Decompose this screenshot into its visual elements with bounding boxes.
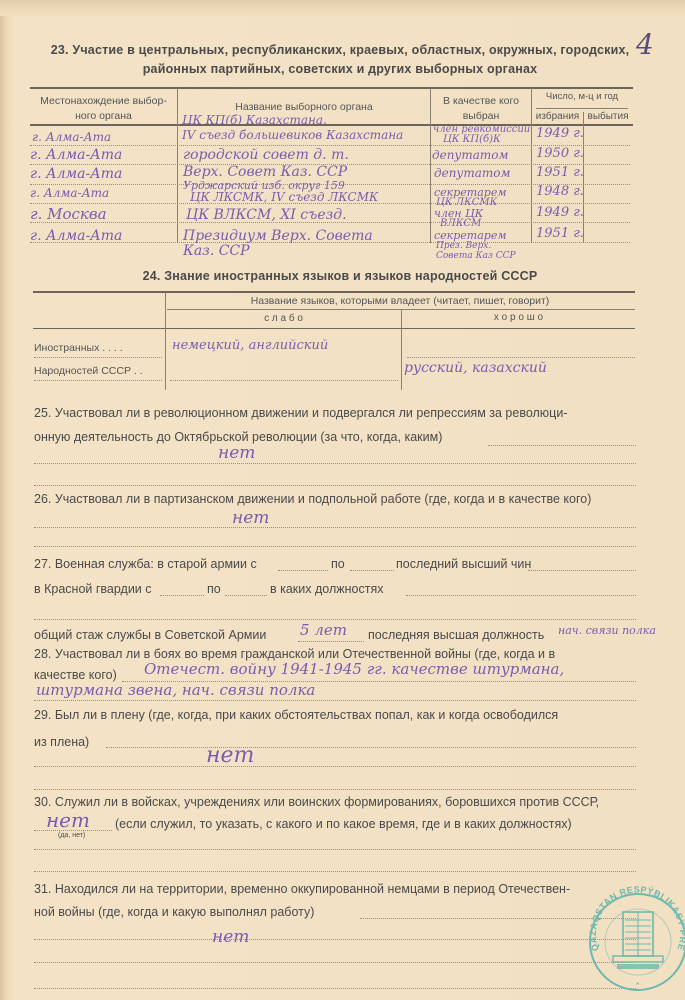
cell-role-line2: През. Верх. xyxy=(436,241,491,251)
cell-location: г. Алма-Ата xyxy=(30,186,109,200)
answer-line xyxy=(34,939,636,940)
last-position-value: нач. связи полка xyxy=(558,624,656,637)
q25-line2: онную деятельность до Октябрьской револю… xyxy=(34,430,442,444)
header-good: х о р о ш о xyxy=(402,310,635,325)
answer-line xyxy=(34,789,636,790)
answer-line xyxy=(34,700,636,701)
cell-elected: 1950 г. xyxy=(536,146,584,161)
fill-line xyxy=(278,570,328,571)
q27-line1-a: 27. Военная служба: в старой армии с xyxy=(34,557,257,571)
answer-line xyxy=(488,445,636,446)
cell-organ-name-line1: ЦК КП(б) Казахстана. xyxy=(182,113,327,127)
row-line xyxy=(34,357,162,358)
answer-line xyxy=(106,747,636,748)
header-weak: с л а б о xyxy=(166,311,401,326)
q28-answer-line1: Отечест. войну 1941-1945 гг. качестве шт… xyxy=(144,660,564,678)
answer-line xyxy=(34,849,636,850)
header-location: Местонахождение выбор- ного органа xyxy=(30,94,177,124)
cell-elected: 1951 г. xyxy=(536,165,584,180)
q27-line2-b: по xyxy=(207,582,221,596)
section-24-title: 24. Знание иностранных языков и языков н… xyxy=(20,269,660,283)
cell-role-line2: ЦК КП(б)К xyxy=(443,134,501,145)
answer-line xyxy=(34,527,636,528)
q27-line2-c: в каких должностях xyxy=(270,582,383,596)
header-role: В качестве кого выбран xyxy=(431,94,531,124)
header-role-line1: В качестве кого xyxy=(431,94,531,109)
cell-role-line1: депутатом xyxy=(434,166,510,180)
section-23-title-line1: 23. Участие в центральных, республиканск… xyxy=(20,43,660,57)
cell-organ-name-line1: ЦК ВЛКСМ, XI съезд. xyxy=(186,207,347,223)
q27-line2-a: в Красной гвардии с xyxy=(34,582,152,596)
cell-location: г. Алма-Ата xyxy=(30,147,122,163)
cell-location: г. Алма-Ата xyxy=(30,166,122,182)
svg-text:*: * xyxy=(636,981,639,990)
q26-line1: 26. Участвовал ли в партизанском движени… xyxy=(34,492,591,506)
q26-answer: нет xyxy=(232,508,269,528)
q29-answer: нет xyxy=(206,743,254,768)
svg-text:QAZAQSTAN RESPÝBLIKASY PREZIDE: QAZAQSTAN RESPÝBLIKASY PREZIDENTINIŃ ARH… xyxy=(585,880,685,952)
q30-line2: (если служил, то указать, с какого и по … xyxy=(115,817,572,831)
cell-location: г. Москва xyxy=(30,205,107,223)
cell-elected: 1949 г. xyxy=(536,205,584,220)
header-elected: избрания xyxy=(532,109,583,124)
fill-line xyxy=(406,595,636,596)
header-location-line2: ного органа xyxy=(30,109,177,124)
table-header-rule xyxy=(33,328,635,329)
q27-line3-a: общий стаж службы в Советской Армии xyxy=(34,628,266,642)
col-divider xyxy=(165,293,166,390)
q27-line1-b: по xyxy=(331,557,345,571)
answer-line xyxy=(34,463,636,464)
header-role-line2: выбран xyxy=(431,109,531,124)
answer-line xyxy=(34,988,636,989)
cell-elected: 1949 г. xyxy=(536,126,584,141)
q29-line1: 29. Был ли в плену (где, когда, при каки… xyxy=(34,708,558,722)
cell-organ-name-line1: Президиум Верх. Совета xyxy=(183,228,373,244)
header-date-group: Число, м-ц и год xyxy=(532,89,632,104)
cell-elected: 1951 г. xyxy=(536,226,584,241)
col-divider xyxy=(401,310,402,390)
answer-line xyxy=(34,485,636,486)
page-top-edge xyxy=(0,0,685,16)
q30-answer: нет xyxy=(46,808,90,832)
fill-line xyxy=(34,619,636,620)
header-location-line1: Местонахождение выбор- xyxy=(30,94,177,109)
header-left: выбытия xyxy=(584,109,632,124)
answer-line xyxy=(34,871,636,872)
answer-line xyxy=(34,546,636,547)
q25-line1: 25. Участвовал ли в революционном движен… xyxy=(34,406,567,420)
cell-organ-name-line1: Верх. Совет Каз. ССР xyxy=(183,164,347,180)
q28-answer-line2: штурмана звена, нач. связи полка xyxy=(36,681,315,699)
document-page: 4 23. Участие в центральных, республикан… xyxy=(0,0,685,1000)
section-23-title-line2: районных партийных, советских и других в… xyxy=(20,62,660,76)
foreign-weak-value: немецкий, английский xyxy=(172,338,328,353)
cell-location: г. Алма-Ата xyxy=(30,228,122,244)
q31-answer: нет xyxy=(212,927,249,947)
answer-line xyxy=(34,766,636,767)
q27-line1-c: последний высший чин xyxy=(396,557,531,571)
q28-line1: 28. Участвовал ли в боях во время гражда… xyxy=(34,647,555,661)
fill-line xyxy=(225,595,267,596)
fill-line xyxy=(160,595,204,596)
row-label-foreign: Иностранных . . . . xyxy=(34,341,123,356)
row-line xyxy=(170,380,398,381)
cell-organ-name-line1: ЦК ЛКСМК, IV съезд ЛКСМК xyxy=(190,190,378,204)
archive-stamp: QAZAQSTAN RESPÝBLIKASY PREZIDENTINIŃ ARH… xyxy=(585,880,685,998)
table-top-rule xyxy=(33,291,635,293)
q30-line1: 30. Служил ли в войсках, учреждениях или… xyxy=(34,795,599,809)
fill-line xyxy=(298,641,364,642)
fill-line xyxy=(350,570,394,571)
q27-line3-b: последняя высшая должность xyxy=(368,628,544,642)
cell-organ-name-line2: Каз. ССР xyxy=(183,243,250,259)
cell-elected: 1948 г. xyxy=(536,184,584,199)
cell-organ-name-line1: городской совет д. т. xyxy=(183,147,349,163)
ussr-good-value: русский, казахский xyxy=(404,360,547,376)
q31-line2: ной войны (где, когда и какую выполнял р… xyxy=(34,905,314,919)
q31-line1: 31. Находился ли на территории, временно… xyxy=(34,882,570,896)
archive-building-icon: QAZAQSTAN RESPÝBLIKASY PREZIDENTINIŃ ARH… xyxy=(585,880,685,998)
cell-organ-name-line2: IV съезд большевиков Казахстана xyxy=(182,128,403,142)
q25-answer: нет xyxy=(218,443,255,463)
fill-line xyxy=(528,570,636,571)
q29-line2: из плена) xyxy=(34,735,89,749)
cell-role-line3: Совета Каз ССР xyxy=(436,251,516,261)
row-line xyxy=(407,357,635,358)
row-line xyxy=(34,380,162,381)
q28-line2: качестве кого) xyxy=(34,668,117,682)
q30-hint: (да, нет) xyxy=(58,832,85,839)
header-languages: Название языков, которыми владеет (читае… xyxy=(165,294,635,309)
cell-role-line2: ВЛКСМ xyxy=(440,218,481,229)
cell-location: г. Алма-Ата xyxy=(32,130,111,144)
answer-line xyxy=(34,962,636,963)
cell-role-line1: депутатом xyxy=(432,148,508,162)
row-label-ussr: Народностей СССР . . xyxy=(34,364,143,379)
service-years-value: 5 лет xyxy=(300,621,347,639)
